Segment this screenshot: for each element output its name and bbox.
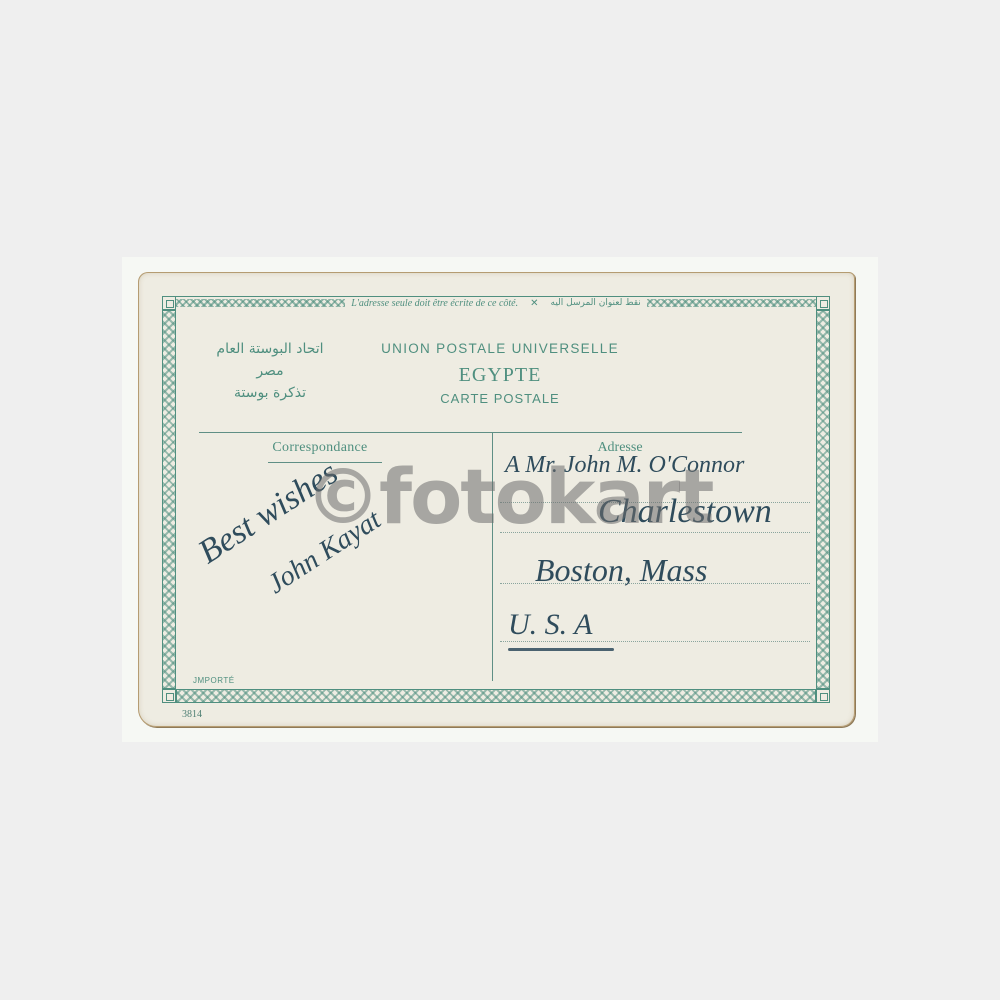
corner-ornament-icon (816, 296, 830, 310)
recipient-line-3: Boston, Mass (535, 552, 707, 589)
arabic-header-line: اتحاد البوستة العام (200, 338, 340, 360)
arabic-header-line: تذكرة بوستة (200, 382, 340, 404)
zigzag-ornament (647, 299, 816, 307)
card-number: 3814 (182, 709, 202, 720)
corner-ornament-icon (816, 689, 830, 703)
arabic-notice: نقط لعنوان المرسل اليه (545, 298, 647, 308)
watermark: ©fotokart (305, 452, 712, 541)
zigzag-ornament (176, 299, 345, 307)
header-union-postale: UNION POSTALE UNIVERSELLE (340, 341, 660, 356)
border-bottom-band (176, 689, 816, 703)
arabic-header-line: مصر (200, 360, 340, 382)
cross-separator-icon: ✕ (524, 298, 544, 309)
header-country: EGYPTE (340, 364, 660, 387)
header-carte-postale: CARTE POSTALE (340, 391, 660, 406)
imprint-label: JMPORTÉ (193, 676, 235, 685)
corner-ornament-icon (162, 689, 176, 703)
country-underline (508, 648, 614, 651)
border-left-band (162, 310, 176, 689)
recipient-country: U. S. A (508, 608, 592, 642)
arabic-header: اتحاد البوستة العام مصر تذكرة بوستة (200, 338, 340, 404)
top-notice-strip: L'adresse seule doit être écrite de ce c… (176, 297, 816, 309)
corner-ornament-icon (162, 296, 176, 310)
french-notice: L'adresse seule doit être écrite de ce c… (345, 298, 524, 309)
header-divider (199, 432, 742, 433)
border-right-band (816, 310, 830, 689)
